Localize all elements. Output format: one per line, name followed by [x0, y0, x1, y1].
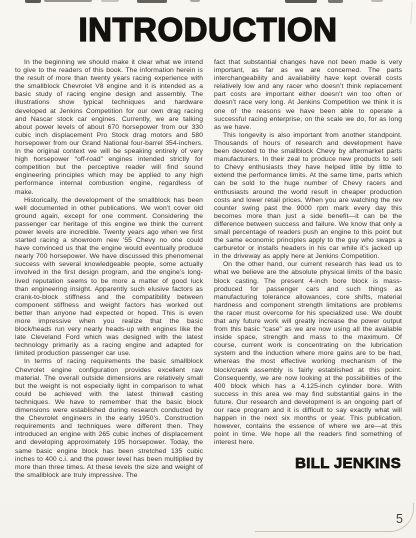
scan-smudge [190, 0, 200, 2]
paragraph: On the other hand, our current research … [214, 261, 402, 447]
scan-smudge [285, 0, 317, 3]
paragraph: Historically, the development of the sma… [15, 197, 203, 359]
paragraph: This longevity is also important from an… [214, 132, 402, 262]
book-page: INTRODUCTION In the beginning we should … [0, 0, 416, 538]
page-curl [255, 503, 414, 532]
left-column: In the beginning we should make it clear… [15, 59, 203, 480]
text-columns: In the beginning we should make it clear… [0, 46, 416, 480]
scan-smudge [371, 0, 383, 2]
page-title: INTRODUCTION [0, 13, 416, 46]
scan-smudge [25, 0, 41, 3]
scan-smudge [44, 0, 92, 2]
paragraph: In terms of racing requirements the basi… [15, 358, 203, 479]
right-column: fact that substantial changes have not b… [214, 59, 402, 480]
scan-smudge [137, 0, 167, 3]
scan-smudge [328, 0, 343, 3]
paragraph: In the beginning we should make it clear… [15, 59, 203, 197]
paragraph: fact that substantial changes have not b… [214, 59, 402, 132]
scan-smudge [101, 0, 119, 2]
author-signature: BILL JENKINS [214, 455, 402, 472]
